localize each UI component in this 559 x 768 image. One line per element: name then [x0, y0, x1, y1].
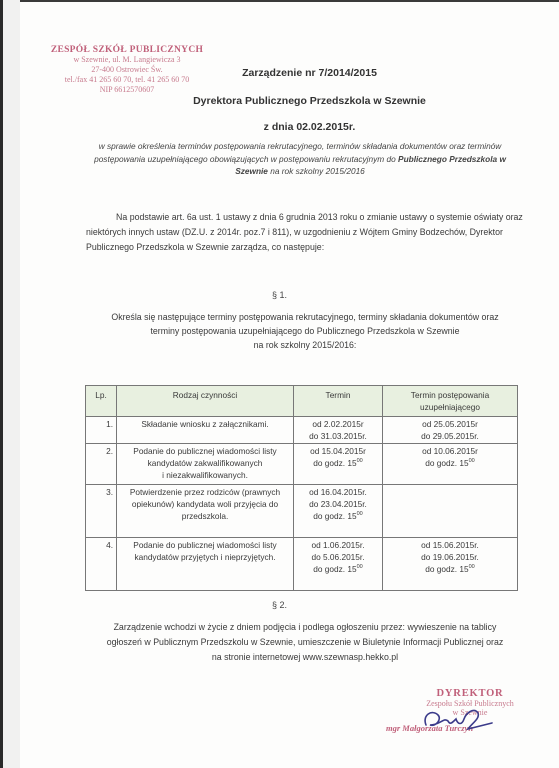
supplementary-line: do 29.05.2015r.: [386, 430, 514, 442]
supplementary-line: do 19.06.2015r.: [386, 551, 514, 563]
header-lp: Lp.: [86, 386, 117, 417]
activity-line: Potwierdzenie przez rodziców (prawnych: [120, 486, 290, 498]
table-row: 4.Podanie do publicznej wiadomości listy…: [86, 538, 518, 591]
supplementary-line: od 10.06.2015r: [386, 445, 514, 457]
term-line: do 31.03.2015r.: [297, 430, 379, 442]
document-issuer: Dyrektora Publicznego Przedszkola w Szew…: [0, 95, 559, 107]
table-row: 2.Podanie do publicznej wiadomości listy…: [86, 444, 518, 485]
term-line: od 2.02.2015r: [297, 418, 379, 430]
legal-basis: Na podstawie art. 6a ust. 1 ustawy z dni…: [86, 210, 526, 255]
cell-supplementary: od 25.05.2015rdo 29.05.2015r.: [383, 417, 518, 444]
activity-line: i niezakwalifikowanych.: [120, 469, 290, 481]
section-1-text: Określa się następujące terminy postępow…: [80, 310, 530, 352]
term-line: od 1.06.2015r.: [297, 539, 379, 551]
cell-term: od 15.04.2015rdo godz. 1500: [294, 444, 383, 485]
cell-term: od 1.06.2015r.do 5.06.2015r.do godz. 150…: [294, 538, 383, 591]
director-title: DYREKTOR: [400, 688, 540, 699]
cell-term: od 16.04.2015r.do 23.04.2015r.do godz. 1…: [294, 485, 383, 538]
section-2-mark: § 2.: [0, 600, 559, 610]
section-1-line-1: Określa się następujące terminy postępow…: [80, 310, 530, 324]
cell-lp: 2.: [86, 444, 117, 485]
stamp-address: w Szewnie, ul. M. Langiewicza 3: [42, 55, 212, 65]
term-line: do godz. 1500: [297, 510, 379, 522]
section-1-line-3: na rok szkolny 2015/2016:: [80, 338, 530, 352]
legal-basis-text: Na podstawie art. 6a ust. 1 ustawy z dni…: [86, 212, 523, 252]
header-supplementary: Termin postępowania uzupełniającego: [383, 386, 518, 417]
term-line: do godz. 1500: [297, 563, 379, 575]
cell-activity: Składanie wniosku z załącznikami.: [117, 417, 294, 444]
term-line: do 5.06.2015r.: [297, 551, 379, 563]
header-term: Termin: [294, 386, 383, 417]
document-subject: w sprawie określenia terminów postępowan…: [80, 140, 520, 178]
section-2-text: Zarządzenie wchodzi w życie z dniem podj…: [80, 620, 530, 665]
schedule-table: Lp. Rodzaj czynności Termin Termin postę…: [85, 385, 518, 591]
scan-edge-top: [0, 0, 559, 2]
supplementary-line: od 25.05.2015r: [386, 418, 514, 430]
activity-line: kandydatów przyjętych i nieprzyjętych.: [120, 551, 290, 563]
activity-line: opiekunów) kandydata woli przyjęcia do: [120, 498, 290, 510]
cell-activity: Podanie do publicznej wiadomości listyka…: [117, 444, 294, 485]
section-1-mark: § 1.: [0, 290, 559, 300]
table-header-row: Lp. Rodzaj czynności Termin Termin postę…: [86, 386, 518, 417]
section-2-line-3: na stronie internetowej www.szewnasp.hek…: [80, 650, 530, 665]
section-2-line-1: Zarządzenie wchodzi w życie z dniem podj…: [80, 620, 530, 635]
term-line: od 15.04.2015r: [297, 445, 379, 457]
subject-text-end: na rok szkolny 2015/2016: [268, 166, 365, 176]
cell-lp: 1.: [86, 417, 117, 444]
activity-line: kandydatów zakwalifikowanych: [120, 457, 290, 469]
section-2-line-2: ogłoszeń w Publicznym Przedszkolu w Szew…: [80, 635, 530, 650]
header-activity: Rodzaj czynności: [117, 386, 294, 417]
document-date: z dnia 02.02.2015r.: [0, 121, 559, 133]
document-title: Zarządzenie nr 7/2014/2015: [0, 67, 559, 79]
table-row: 1.Składanie wniosku z załącznikami.od 2.…: [86, 417, 518, 444]
cell-supplementary: od 15.06.2015r.do 19.06.2015r.do godz. 1…: [383, 538, 518, 591]
cell-activity: Potwierdzenie przez rodziców (prawnychop…: [117, 485, 294, 538]
term-line: od 16.04.2015r.: [297, 486, 379, 498]
activity-line: Podanie do publicznej wiadomości listy: [120, 445, 290, 457]
cell-supplementary: od 10.06.2015rdo godz. 1500: [383, 444, 518, 485]
term-line: do godz. 1500: [297, 457, 379, 469]
cell-lp: 4.: [86, 538, 117, 591]
supplementary-line: od 15.06.2015r.: [386, 539, 514, 551]
section-1-line-2: terminy postępowania uzupełniającego do …: [80, 324, 530, 338]
supplementary-line: do godz. 1500: [386, 457, 514, 469]
cell-supplementary: [383, 485, 518, 538]
scan-margin-strip: [3, 0, 20, 768]
handwritten-signature-icon: [418, 703, 498, 733]
cell-activity: Podanie do publicznej wiadomości listyka…: [117, 538, 294, 591]
cell-term: od 2.02.2015rdo 31.03.2015r.: [294, 417, 383, 444]
activity-line: przedszkola.: [120, 510, 290, 522]
supplementary-line: do godz. 1500: [386, 563, 514, 575]
term-line: do 23.04.2015r.: [297, 498, 379, 510]
table-row: 3.Potwierdzenie przez rodziców (prawnych…: [86, 485, 518, 538]
activity-line: Składanie wniosku z załącznikami.: [120, 418, 290, 430]
activity-line: Podanie do publicznej wiadomości listy: [120, 539, 290, 551]
cell-lp: 3.: [86, 485, 117, 538]
stamp-title: ZESPÓŁ SZKÓŁ PUBLICZNYCH: [42, 45, 212, 55]
stamp-nip: NIP 6612570607: [42, 85, 212, 95]
